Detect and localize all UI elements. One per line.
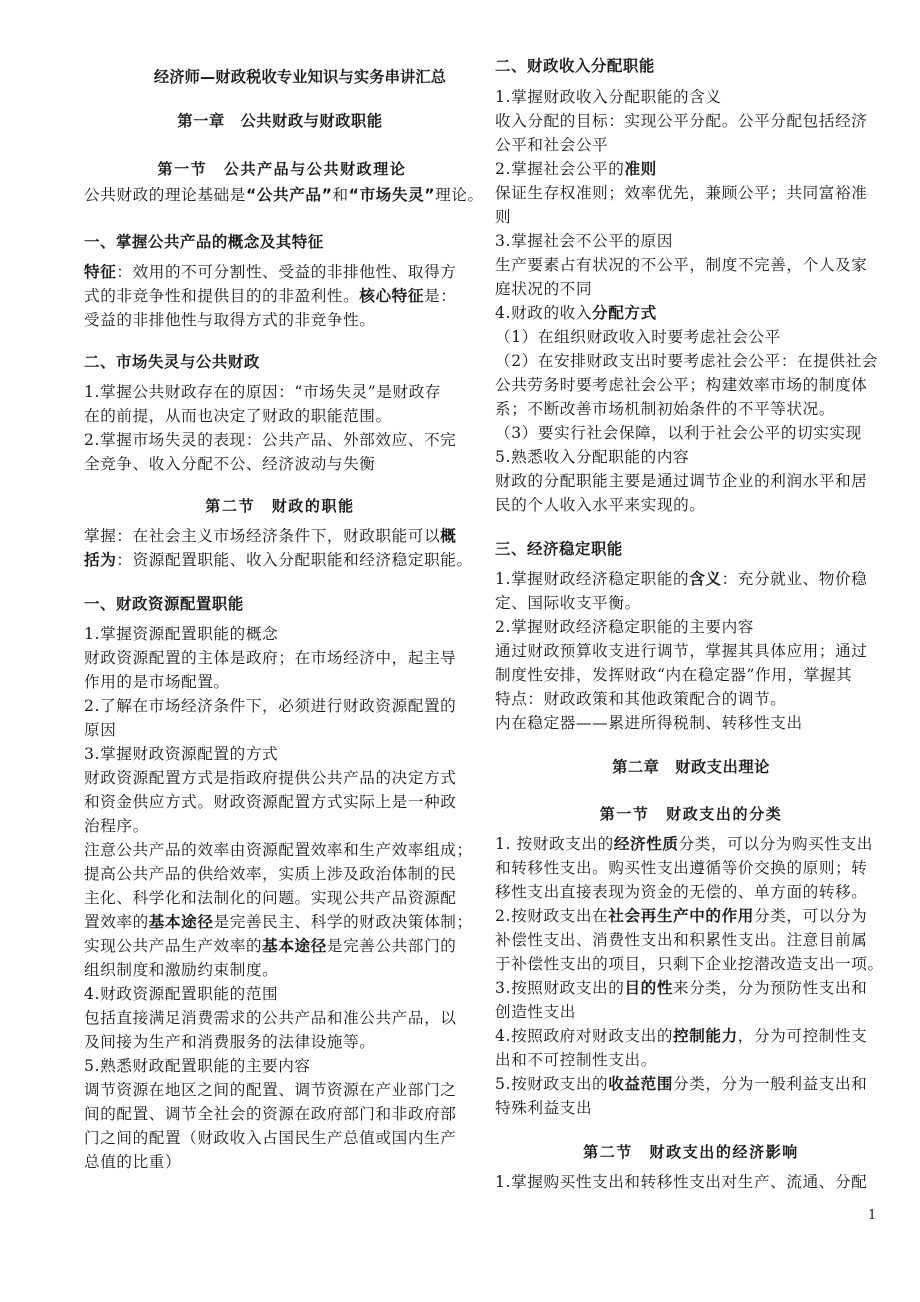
- section-heading: 第一节 财政支出的分类: [495, 803, 883, 825]
- paragraph-line: 补偿性支出、消费性支出和积累性支出。注意目前属: [495, 929, 867, 951]
- paragraph-line: 定、国际收支平衡。: [495, 592, 641, 614]
- paragraph-line: 系；不断改善市场机制初始条件的不平等状况。: [495, 398, 835, 420]
- paragraph-line: 主化、科学化和法制化的问题。实现公共产品资源配: [84, 887, 456, 909]
- document-page: 经济师—财政税收专业知识与实务串讲汇总 第一章 公共财政与财政职能 第一节 公共…: [0, 0, 920, 1302]
- paragraph-line: 受益的非排他性与取得方式的非竞争性。: [84, 309, 376, 331]
- paragraph-line: 总值的比重）: [84, 1151, 181, 1173]
- page-number: 1: [868, 1208, 876, 1223]
- subsection-heading: 一、财政资源配置职能: [84, 593, 244, 615]
- paragraph-line: 财政资源配置的主体是政府；在市场经济中，起主导: [84, 647, 456, 669]
- paragraph-line: 创造性支出: [495, 1001, 576, 1023]
- paragraph-line: 1.掌握资源配置职能的概念: [84, 623, 278, 645]
- paragraph-line: 实现公共产品生产效率的基本途径是完善公共部门的: [84, 935, 456, 957]
- paragraph: 公共财政的理论基础是“公共产品”和“市场失灵”理论。: [84, 184, 484, 206]
- paragraph-line: 2.掌握市场失灵的表现：公共产品、外部效应、不完: [84, 429, 456, 451]
- paragraph-line: 公平和社会公平: [495, 134, 608, 156]
- paragraph-line: 3.掌握财政资源配置的方式: [84, 743, 278, 765]
- section-heading: 第一节 公共产品与公共财政理论: [84, 158, 474, 180]
- paragraph-line: 原因: [84, 719, 116, 741]
- paragraph-line: 1.掌握财政经济稳定职能的含义：充分就业、物价稳: [495, 568, 867, 590]
- paragraph-line: 3.按照财政支出的目的性来分类，分为预防性支出和: [495, 977, 867, 999]
- paragraph-line: 包括直接满足消费需求的公共产品和准公共产品，以: [84, 1007, 456, 1029]
- paragraph-line: 特征：效用的不可分割性、受益的非排他性、取得方: [84, 261, 456, 283]
- paragraph-line: 间的配置、调节全社会的资源在政府部门和非政府部: [84, 1103, 456, 1125]
- paragraph-line: 保证生存权准则；效率优先，兼顾公平；共同富裕准: [495, 182, 867, 204]
- paragraph-line: 调节资源在地区之间的配置、调节资源在产业部门之: [84, 1079, 456, 1101]
- paragraph-line: 4.按照政府对财政支出的控制能力，分为可控制性支: [495, 1025, 867, 1047]
- paragraph-line: 全竞争、收入分配不公、经济波动与失衡: [84, 453, 376, 475]
- paragraph-line: 出和不可控制性支出。: [495, 1049, 657, 1071]
- paragraph-line: 通过财政预算收支进行调节，掌握其具体应用；通过: [495, 640, 867, 662]
- paragraph-line: 和转移性支出。购买性支出遵循等价交换的原则；转: [495, 857, 867, 879]
- paragraph-line: 财政的分配职能主要是通过调节企业的利润水平和居: [495, 470, 867, 492]
- subsection-heading: 三、经济稳定职能: [495, 538, 623, 560]
- chapter-heading: 第二章 财政支出理论: [495, 756, 883, 778]
- paragraph-line: 5.熟悉财政配置职能的主要内容: [84, 1055, 311, 1077]
- paragraph-line: （1）在组织财政收入时要考虑社会公平: [495, 326, 781, 348]
- paragraph-line: 提高公共产品的供给效率，实质上涉及政治体制的民: [84, 863, 456, 885]
- paragraph-line: 门之间的配置（财政收入占国民生产总值或国内生产: [84, 1127, 456, 1149]
- paragraph-line: 2.了解在市场经济条件下，必须进行财政资源配置的: [84, 695, 456, 717]
- paragraph-line: 治程序。: [84, 815, 149, 837]
- paragraph-line: 置效率的基本途径是完善民主、科学的财政决策体制；: [84, 911, 473, 933]
- paragraph-line: 在的前提，从而也决定了财政的职能范围。: [84, 405, 392, 427]
- paragraph-line: 庭状况的不同: [495, 278, 592, 300]
- paragraph-line: 1.掌握财政收入分配职能的含义: [495, 86, 722, 108]
- paragraph-line: 制度性安排，发挥财政“内在稳定器”作用，掌握其: [495, 664, 852, 686]
- paragraph-line: 生产要素占有状况的不公平，制度不完善，个人及家: [495, 254, 867, 276]
- paragraph-line: 作用的是市场配置。: [84, 671, 230, 693]
- paragraph-line: 2.掌握财政经济稳定职能的主要内容: [495, 616, 754, 638]
- paragraph-line: 内在稳定器——累进所得税制、转移性支出: [495, 712, 803, 734]
- paragraph-line: 1.掌握公共财政存在的原因：“市场失灵”是财政存: [84, 381, 441, 403]
- paragraph-line: 5.熟悉收入分配职能的内容: [495, 446, 689, 468]
- paragraph-line: 则: [495, 206, 511, 228]
- paragraph-line: 2.按财政支出在社会再生产中的作用分类，可以分为: [495, 905, 867, 927]
- paragraph-line: 1.掌握购买性支出和转移性支出对生产、流通、分配: [495, 1171, 867, 1193]
- paragraph-line: 民的个人收入水平来实现的。: [495, 494, 706, 516]
- paragraph-line: 4.财政资源配置职能的范围: [84, 983, 278, 1005]
- paragraph-line: 5.按财政支出的收益范围分类，分为一般利益支出和: [495, 1073, 867, 1095]
- subsection-heading: 一、掌握公共产品的概念及其特征: [84, 231, 324, 253]
- paragraph-line: 括为：资源配置职能、收入分配职能和经济稳定职能。: [84, 549, 473, 571]
- paragraph-line: 收入分配的目标：实现公平分配。公平分配包括经济: [495, 110, 867, 132]
- paragraph-line: 财政资源配置方式是指政府提供公共产品的决定方式: [84, 767, 456, 789]
- paragraph-line: 组织制度和激励约束制度。: [84, 959, 278, 981]
- paragraph-line: 式的非竞争性和提供目的的非盈利性。核心特征是：: [84, 285, 456, 307]
- paragraph-line: 注意公共产品的效率由资源配置效率和生产效率组成；: [84, 839, 473, 861]
- paragraph-line: 及间接为生产和消费服务的法律设施等。: [84, 1031, 376, 1053]
- chapter-heading: 第一章 公共财政与财政职能: [84, 110, 472, 132]
- paragraph-line: （2）在安排财政支出时要考虑社会公平：在提供社会: [495, 350, 878, 372]
- paragraph-line: 特点：财政政策和其他政策配合的调节。: [495, 688, 787, 710]
- paragraph-line: 特殊利益支出: [495, 1097, 592, 1119]
- paragraph-line: （3）要实行社会保障，以利于社会公平的切实实现: [495, 422, 862, 444]
- paragraph-line: 于补偿性支出的项目，只剩下企业挖潜改造支出一项。: [495, 953, 884, 975]
- section-heading: 第二节 财政的职能: [84, 495, 472, 517]
- paragraph-line: 3.掌握社会不公平的原因: [495, 230, 673, 252]
- paragraph-line: 1. 按财政支出的经济性质分类，可以分为购买性支出: [495, 833, 873, 855]
- paragraph-line: 掌握：在社会主义市场经济条件下，财政职能可以概: [84, 525, 456, 547]
- subsection-heading: 二、财政收入分配职能: [495, 55, 655, 77]
- paragraph-line: 移性支出直接表现为资金的无偿的、单方面的转移。: [495, 881, 867, 903]
- paragraph-line: 2.掌握社会公平的准则: [495, 158, 657, 180]
- subsection-heading: 二、市场失灵与公共财政: [84, 351, 260, 373]
- section-heading: 第二节 财政支出的经济影响: [495, 1141, 883, 1163]
- document-title: 经济师—财政税收专业知识与实务串讲汇总: [84, 66, 492, 88]
- paragraph-line: 和资金供应方式。财政资源配置方式实际上是一种政: [84, 791, 456, 813]
- paragraph-line: 公共劳务时要考虑社会公平；构建效率市场的制度体: [495, 374, 867, 396]
- paragraph-line: 4.财政的收入分配方式: [495, 302, 657, 324]
